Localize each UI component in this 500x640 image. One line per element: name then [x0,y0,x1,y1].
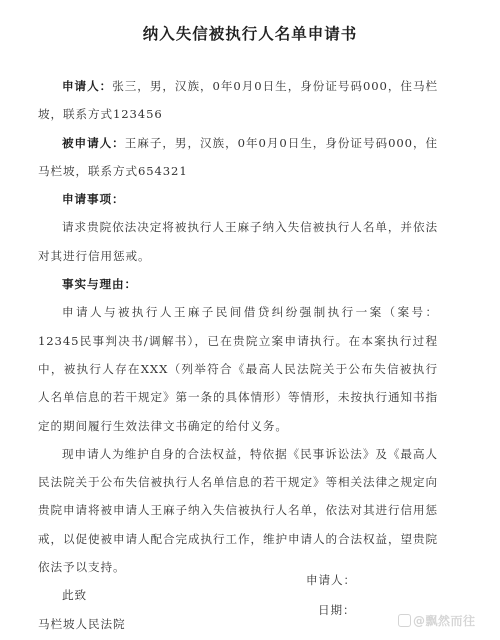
respondent-label: 被申请人： [62,136,125,150]
platform-logo-icon [398,614,411,627]
document-page: 纳入失信被执行人名单申请书 申请人：张三，男，汉族，0年0月0日生，身份证号码0… [0,0,500,640]
facts-paragraph: 申请人与被执行人王麻子民间借贷纠纷强制执行一案（案号：12345民事判决书/调解… [38,298,438,439]
applicant-info: 申请人：张三，男，汉族，0年0月0日生，身份证号码000，住马栏坡，联系方式12… [38,72,438,129]
request-text: 请求贵院依法决定将被执行人王麻子纳入失信被执行人名单，并依法对其进行信用惩戒。 [38,213,438,270]
document-body: 申请人：张三，男，汉族，0年0月0日生，身份证号码000，住马栏坡，联系方式12… [38,72,438,638]
closing-salutation: 此致 [38,581,438,609]
signature-date-label: 日期： [318,602,355,618]
respondent-info: 被申请人：王麻子，男，汉族，0年0月0日生，身份证号码000，住马栏坡，联系方式… [38,129,438,186]
request-heading: 申请事项： [38,185,438,213]
watermark-text: @飘然而往 [413,614,476,628]
signature-applicant-label: 申请人： [306,572,356,588]
facts-paragraph: 现申请人为维护自身的合法权益，特依据《民事诉讼法》及《最高人民法院关于公布失信被… [38,440,438,581]
court-name: 马栏坡人民法院 [38,610,438,638]
watermark: @飘然而往 [398,612,476,629]
document-title: 纳入失信被执行人名单申请书 [0,22,500,44]
applicant-label: 申请人： [62,79,112,93]
facts-heading: 事实与理由： [38,270,438,298]
